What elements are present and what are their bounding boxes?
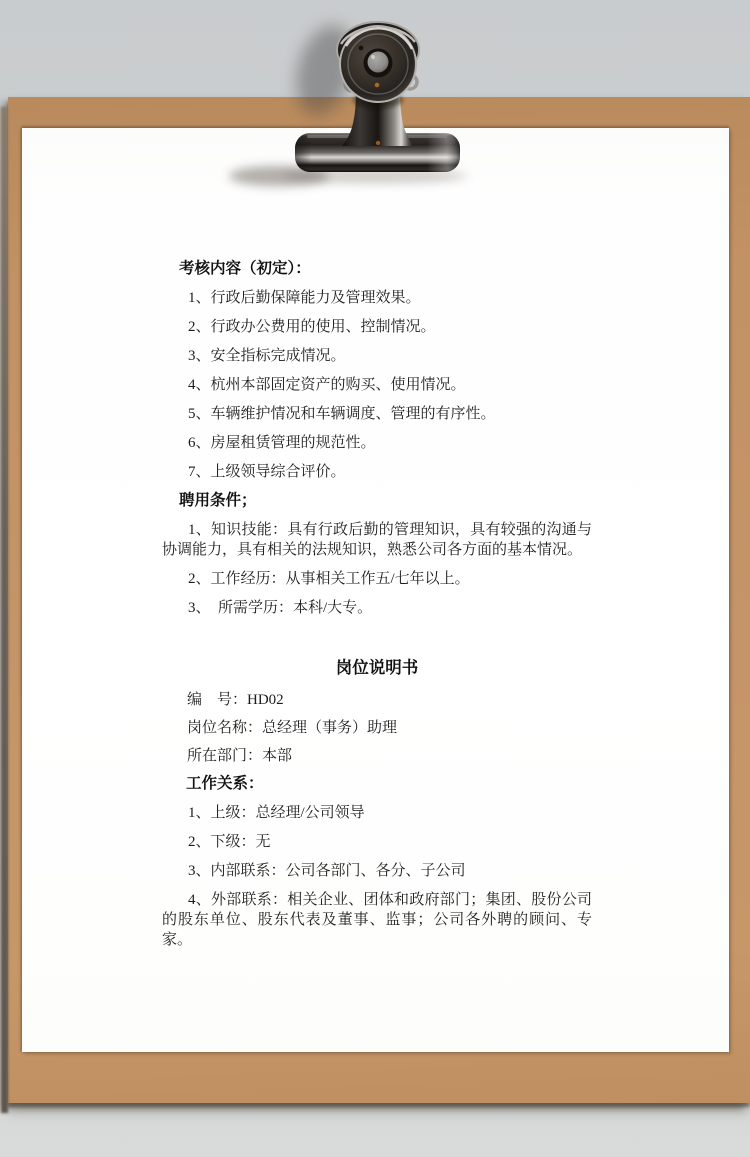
paper-sheet: 考核内容（初定）： 1、行政后勤保障能力及管理效果。 2、行政办公费用的使用、控… xyxy=(22,128,729,1052)
assessment-item-6: 6、房屋租赁管理的规范性。 xyxy=(162,433,592,453)
assessment-item-3: 3、安全指标完成情况。 xyxy=(162,346,592,366)
employment-item-3: 3、 所需学历：本科/大专。 xyxy=(162,598,592,618)
field-number: 编 号：HD02 xyxy=(162,690,592,710)
employment-item-1: 1、知识技能：具有行政后勤的管理知识，具有较强的沟通与协调能力，具有相关的法规知… xyxy=(162,520,592,560)
assessment-item-1: 1、行政后勤保障能力及管理效果。 xyxy=(162,288,592,308)
clipboard-scene: 考核内容（初定）： 1、行政后勤保障能力及管理效果。 2、行政办公费用的使用、控… xyxy=(0,0,750,1157)
clip-ear-left-icon xyxy=(345,77,359,91)
assessment-item-4: 4、杭州本部固定资产的购买、使用情况。 xyxy=(162,375,592,395)
clip-knob-hole xyxy=(364,49,393,78)
clip-ear-right-icon xyxy=(403,75,417,89)
assessment-item-7: 7、上级领导综合评价。 xyxy=(162,462,592,482)
work-relations-heading: 工作关系： xyxy=(186,774,592,794)
work-relations-item-2: 2、下级：无 xyxy=(162,832,592,852)
employment-item-2: 2、工作经历：从事相关工作五/七年以上。 xyxy=(162,569,592,589)
field-position-name: 岗位名称：总经理（事务）助理 xyxy=(162,718,592,738)
work-relations-item-1: 1、上级：总经理/公司领导 xyxy=(162,803,592,823)
work-relations-item-3: 3、内部联系：公司各部门、各分、子公司 xyxy=(162,861,592,881)
field-department: 所在部门：本部 xyxy=(162,746,592,766)
job-description-title: 岗位说明书 xyxy=(162,658,592,678)
assessment-item-2: 2、行政办公费用的使用、控制情况。 xyxy=(162,317,592,337)
assessment-heading: 考核内容（初定）： xyxy=(179,259,592,279)
work-relations-item-4: 4、外部联系：相关企业、团体和政府部门；集团、股份公司的股东单位、股东代表及董事… xyxy=(162,890,592,950)
clip-knob xyxy=(337,22,419,102)
employment-heading: 聘用条件； xyxy=(179,491,592,511)
assessment-item-5: 5、车辆维护情况和车辆调度、管理的有序性。 xyxy=(162,404,592,424)
document-content: 考核内容（初定）： 1、行政后勤保障能力及管理效果。 2、行政办公费用的使用、控… xyxy=(162,128,592,959)
